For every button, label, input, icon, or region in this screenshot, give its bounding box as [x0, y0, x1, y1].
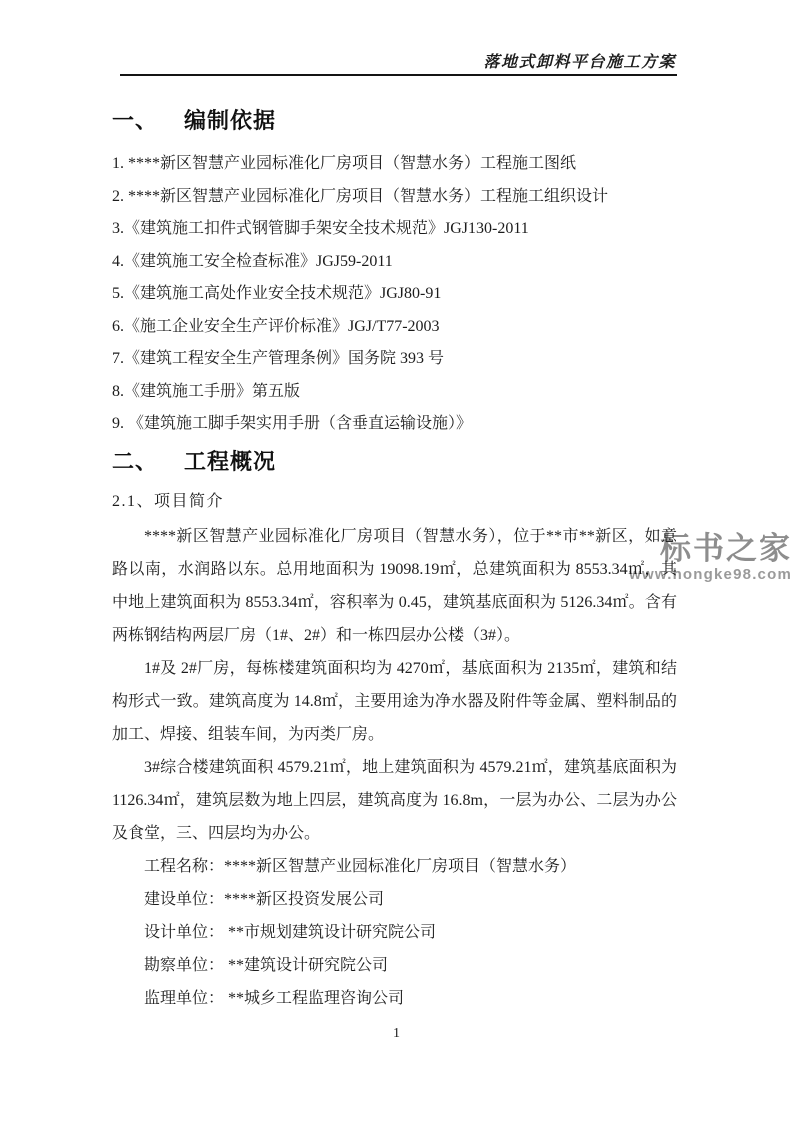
section-1-number: 一、: [112, 108, 158, 133]
paragraph-factory-buildings: 1#及 2#厂房，每栋楼建筑面积均为 4270㎡，基底面积为 2135㎡，建筑和…: [112, 652, 677, 751]
info-line-surveyor: 勘察单位： **建筑设计研究院公司: [112, 949, 677, 982]
project-info-list: 工程名称：****新区智慧产业园标准化厂房项目（智慧水务） 建设单位：****新…: [112, 850, 677, 1015]
reference-item: 6.《施工企业安全生产评价标准》JGJ/T77-2003: [112, 311, 677, 344]
info-line-project-name: 工程名称：****新区智慧产业园标准化厂房项目（智慧水务）: [112, 850, 677, 883]
paragraph-office-building: 3#综合楼建筑面积 4579.21㎡，地上建筑面积为 4579.21㎡，建筑基底…: [112, 751, 677, 850]
info-line-designer: 设计单位： **市规划建筑设计研究院公司: [112, 916, 677, 949]
section-2-title: 工程概况: [184, 449, 276, 474]
subsection-2-1-title: 2.1、项目简介: [112, 490, 677, 514]
reference-item: 3.《建筑施工扣件式钢管脚手架安全技术规范》JGJ130-2011: [112, 213, 677, 246]
section-2-number: 二、: [112, 449, 158, 474]
paragraph-project-intro: ****新区智慧产业园标准化厂房项目（智慧水务），位于**市**新区，如意路以南…: [112, 520, 677, 652]
info-line-supervisor: 监理单位： **城乡工程监理咨询公司: [112, 982, 677, 1015]
reference-item: 4.《建筑施工安全检查标准》JGJ59-2011: [112, 246, 677, 279]
section-1-heading: 一、编制依据: [112, 106, 677, 136]
reference-item: 7.《建筑工程安全生产管理条例》国务院 393 号: [112, 343, 677, 376]
page-number: 1: [0, 1026, 793, 1042]
header-rule: [120, 74, 677, 76]
section-2-heading: 二、工程概况: [112, 447, 677, 477]
reference-item: 9. 《建筑施工脚手架实用手册（含垂直运输设施）》: [112, 408, 677, 441]
document-body: 一、编制依据 1. ****新区智慧产业园标准化厂房项目（智慧水务）工程施工图纸…: [112, 106, 677, 1015]
section-1-title: 编制依据: [184, 108, 276, 133]
reference-item: 8.《建筑施工手册》第五版: [112, 376, 677, 409]
header-title: 落地式卸料平台施工方案: [483, 49, 676, 72]
reference-item: 2. ****新区智慧产业园标准化厂房项目（智慧水务）工程施工组织设计: [112, 181, 677, 214]
reference-item: 5.《建筑施工高处作业安全技术规范》JGJ80-91: [112, 278, 677, 311]
reference-list: 1. ****新区智慧产业园标准化厂房项目（智慧水务）工程施工图纸 2. ***…: [112, 148, 677, 441]
reference-item: 1. ****新区智慧产业园标准化厂房项目（智慧水务）工程施工图纸: [112, 148, 677, 181]
info-line-owner: 建设单位：****新区投资发展公司: [112, 883, 677, 916]
